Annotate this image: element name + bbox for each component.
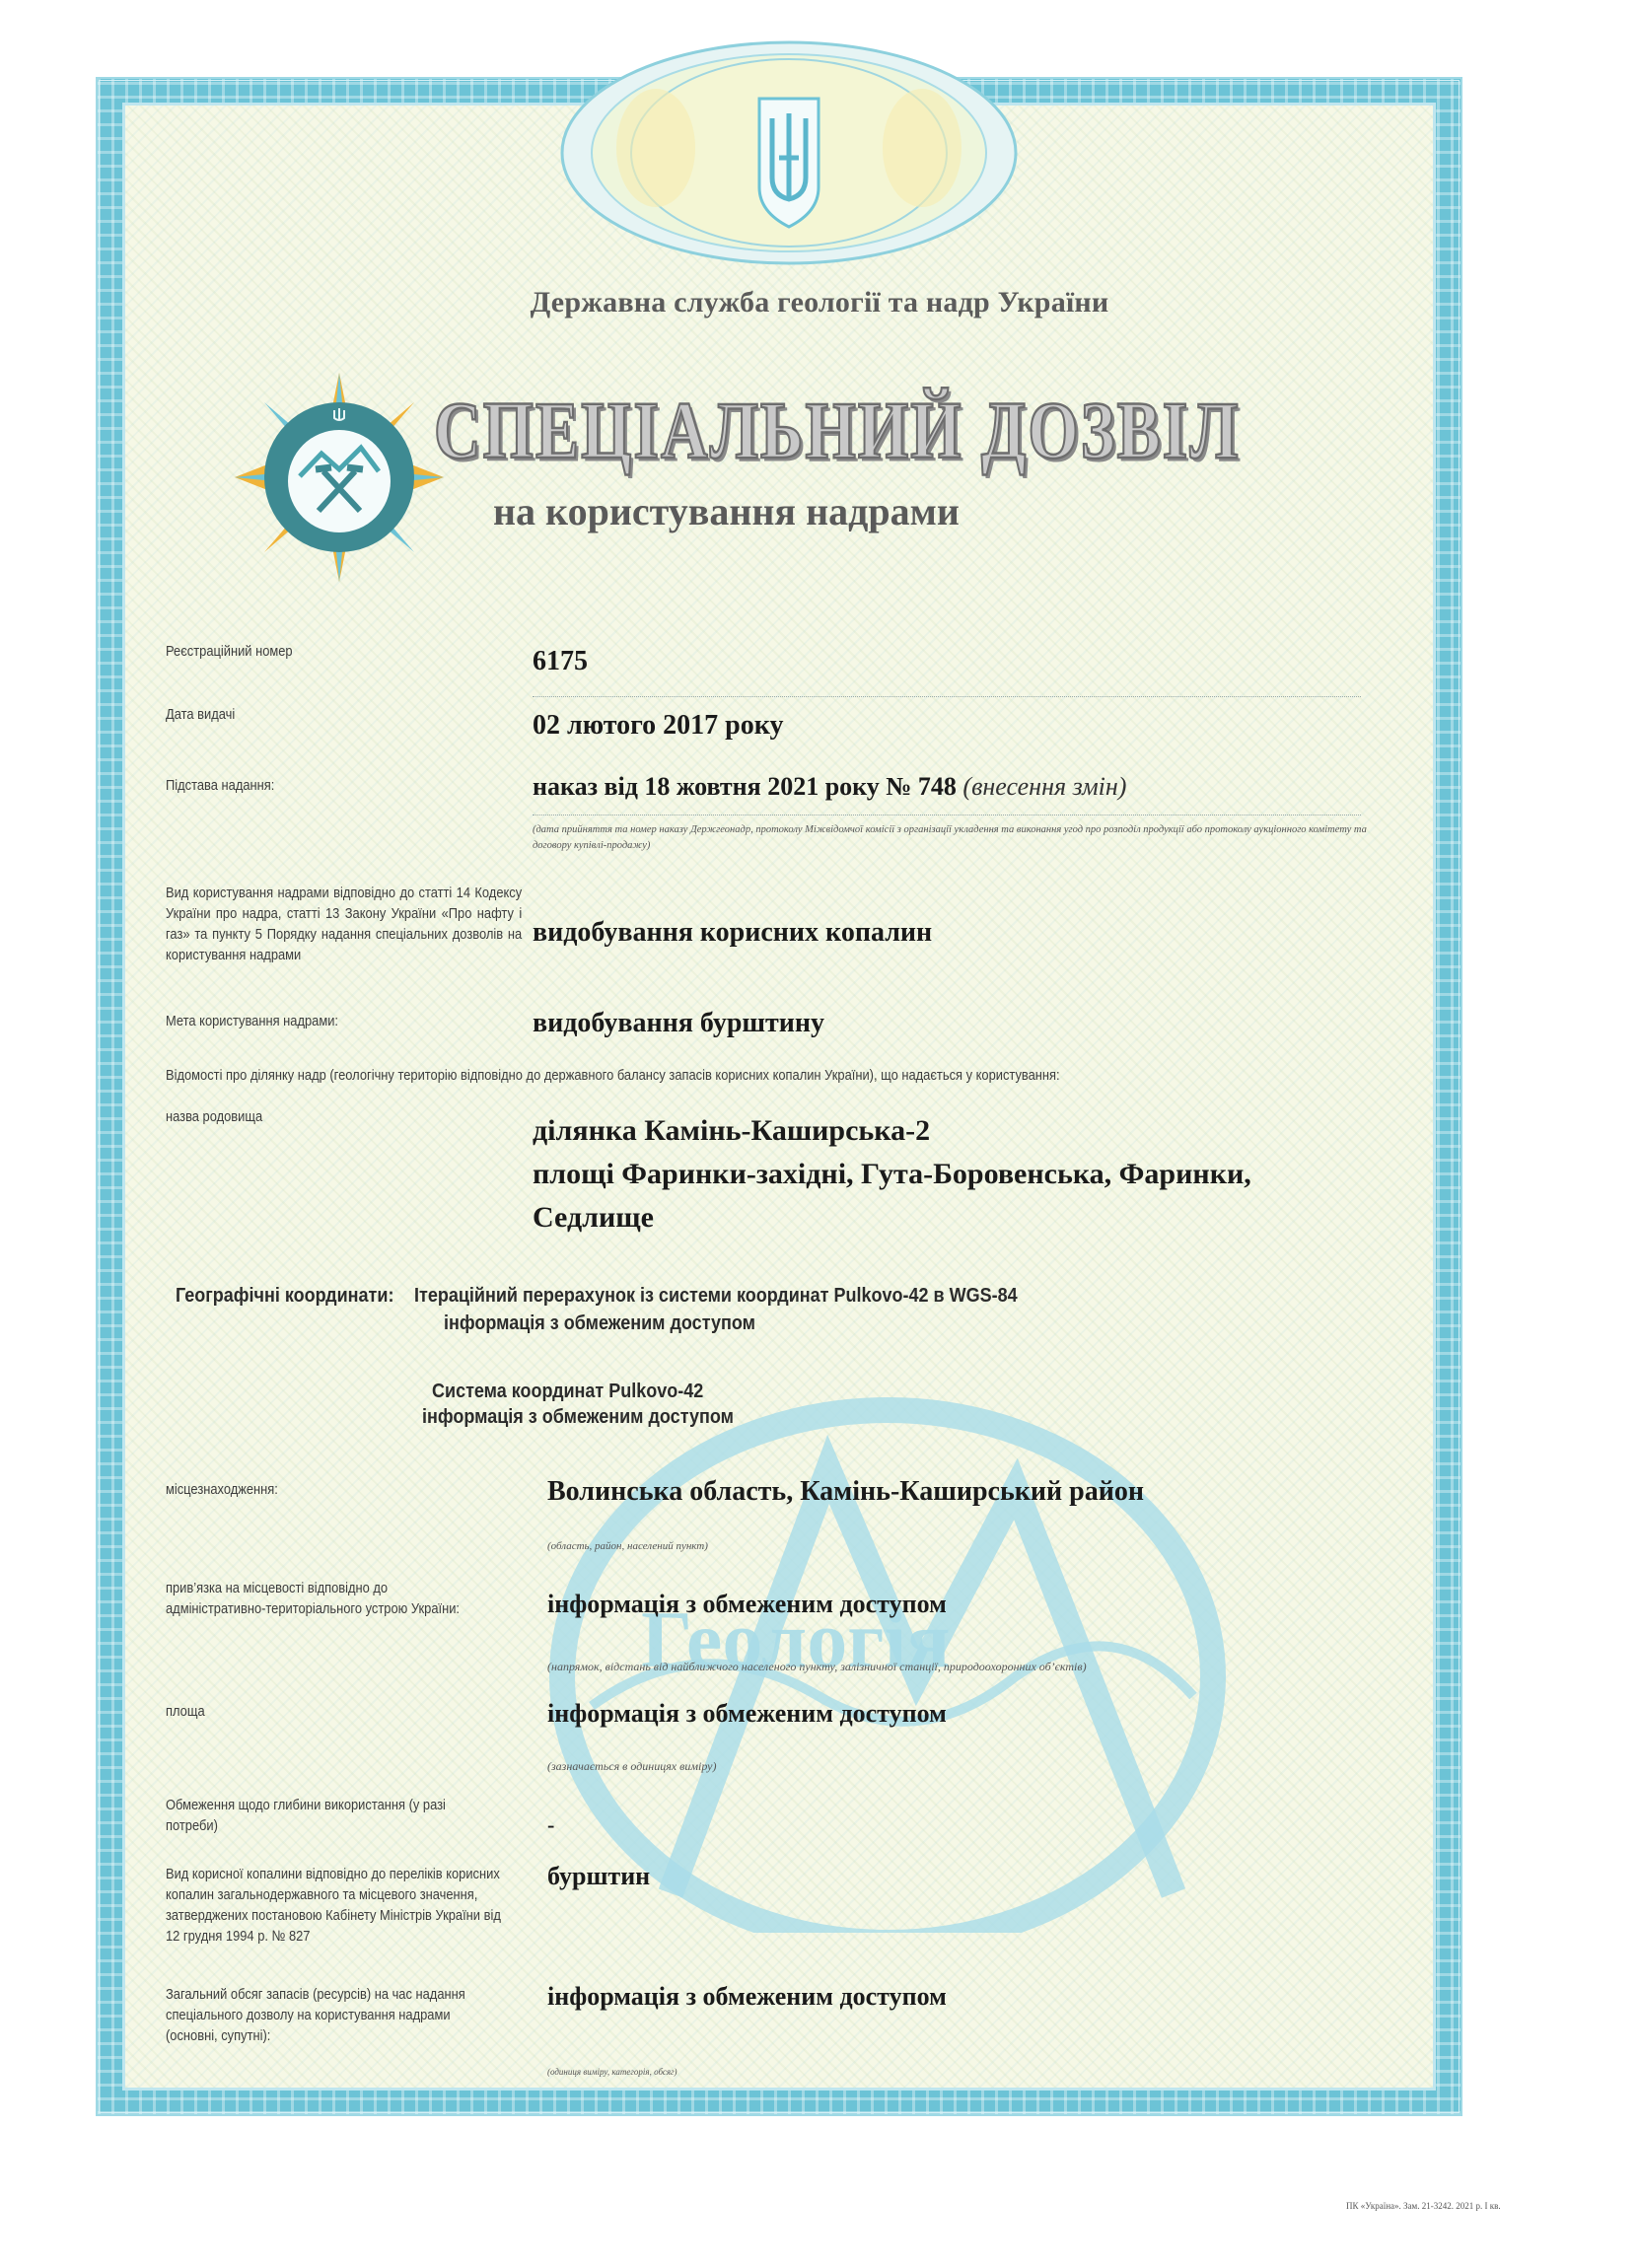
coord-system-value: інформація з обмеженим доступом: [422, 1406, 734, 1429]
depth-limit-value: -: [547, 1812, 554, 1838]
mineral-type-value: бурштин: [547, 1862, 650, 1891]
basis-value: наказ від 18 жовтня 2021 року № 748 (вне…: [533, 772, 1126, 802]
basis-label: Підстава надання:: [166, 775, 274, 796]
document-title: СПЕЦІАЛЬНИЙ ДОЗВІЛ: [434, 385, 1241, 478]
deposit-name-label: назва родовища: [166, 1106, 262, 1127]
purpose-label: Мета користування надрами:: [166, 1011, 338, 1031]
basis-order: наказ від 18 жовтня 2021 року № 748: [533, 772, 957, 801]
location-hint: (область, район, населений пункт): [547, 1538, 708, 1554]
document-subtitle: на користування надрами: [493, 488, 960, 534]
issue-date-label: Дата видачі: [166, 704, 235, 725]
area-hint: (зазначається в одиницях виміру): [547, 1758, 717, 1774]
geology-watermark-icon: Геологія: [503, 1381, 1450, 1933]
mineral-type-label: Вид корисної копалини відповідно до пере…: [166, 1864, 505, 1947]
reserves-hint: (одиниця виміру, категорія, обсяг): [547, 2064, 677, 2080]
coord-system-label: Система координат Pulkovo-42: [432, 1381, 703, 1403]
area-value: інформація з обмеженим доступом: [547, 1699, 947, 1729]
reg-number-label: Реєстраційний номер: [166, 641, 293, 662]
purpose-value: видобування бурштину: [533, 1008, 824, 1039]
area-label: площа: [166, 1701, 205, 1722]
reference-hint: (напрямок, відстань від найближчого насе…: [547, 1659, 1087, 1674]
deposit-name-line: площі Фаринки-західні, Гута-Боровенська,…: [533, 1153, 1251, 1196]
depth-limit-label: Обмеження щодо глибини використання (у р…: [166, 1795, 488, 1836]
agency-name: Державна служба геології та надр України: [0, 286, 1639, 319]
reserves-value: інформація з обмеженим доступом: [547, 1982, 947, 2012]
reg-number-value: 6175: [533, 646, 588, 677]
issue-date-value: 02 лютого 2017 року: [533, 710, 783, 742]
reference-value: інформація з обмеженим доступом: [547, 1590, 947, 1619]
use-type-label: Вид користування надрами відповідно до с…: [166, 883, 522, 965]
reserves-label: Загальний обсяг запасів (ресурсів) на ча…: [166, 1984, 496, 2046]
divider: [533, 815, 1361, 815]
deposit-name-line: ділянка Камінь-Каширська-2: [533, 1109, 1251, 1153]
location-label: місцезнаходження:: [166, 1479, 278, 1500]
site-info-heading: Відомості про ділянку надр (геологічну т…: [166, 1065, 1353, 1086]
location-value: Волинська область, Камінь-Каширський рай…: [547, 1476, 1144, 1508]
deposit-name-line: Седлище: [533, 1196, 1251, 1240]
geo-coordinates-label: Географічні координати:: [176, 1285, 393, 1308]
divider: [533, 696, 1361, 697]
geology-service-emblem-icon: [235, 373, 444, 582]
geo-coordinates-method: Ітераційний перерахунок із системи коорд…: [414, 1285, 1018, 1308]
reference-label: прив’язка на місцевості відповідно до ад…: [166, 1578, 488, 1619]
deposit-name-value: ділянка Камінь-Каширська-2 площі Фаринки…: [533, 1109, 1251, 1240]
use-type-value: видобування корисних копалин: [533, 917, 932, 949]
basis-hint: (дата прийняття та номер наказу Держгеон…: [533, 822, 1381, 854]
trident-rosette-icon: [557, 39, 1021, 266]
basis-amendment-note: (внесення змін): [962, 772, 1126, 801]
geo-coordinates-value: інформація з обмеженим доступом: [444, 1312, 755, 1335]
printer-imprint: ПК «Україна». Зам. 21-3242. 2021 р. I кв…: [1346, 2201, 1501, 2211]
